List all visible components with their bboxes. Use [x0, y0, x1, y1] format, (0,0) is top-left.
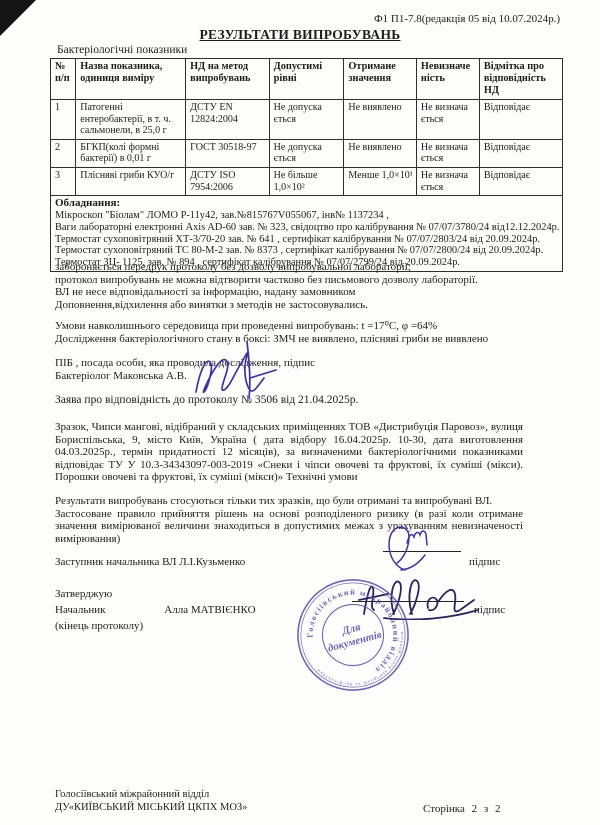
col-header-method: НД на метод випробувань: [186, 59, 270, 100]
lab-notes: забороняється передрук протоколу без доз…: [55, 261, 478, 311]
conditions-line: Умови навколишнього середовища при прове…: [55, 320, 488, 333]
cell-conformity: Відповідає: [479, 167, 563, 195]
environment-conditions: Умови навколишнього середовища при прове…: [55, 320, 488, 345]
results-table: № п/п Назва показника, одиниця виміру НД…: [50, 58, 563, 272]
signature-caption-deputy: підпис: [469, 556, 500, 568]
table-row: 3 Плісняві гриби КУО/г ДСТУ ISO 7954:200…: [51, 167, 563, 195]
deputy-head-line: Заступник начальника ВЛ Л.І.Кузьменко: [55, 556, 245, 569]
col-header-num: № п/п: [51, 59, 76, 100]
page-number: Сторінка 2 з 2: [423, 803, 500, 815]
col-header-obtained: Отримане значення: [344, 59, 417, 100]
document-page: Ф1 П1-7.8(редакція 05 від 10.07.2024р.) …: [0, 0, 600, 825]
cell-name: БГКП(колі формні бактерії) в 0,01 г: [76, 139, 186, 167]
head-name: Алла МАТВІЄНКО: [164, 604, 255, 616]
results-scope-line: Результати випробувань стосуються тільки…: [55, 495, 523, 508]
bacteriological-state-line: Дослідження бактеріологічного стану в бо…: [55, 333, 488, 346]
equipment-line: Мікроскоп "Біолам" ЛОМО Р-11у42, зав.№81…: [55, 210, 559, 222]
col-header-uncertainty: Невизначе ність: [416, 59, 479, 100]
head-title: Начальник: [55, 604, 106, 616]
cell-conformity: Відповідає: [479, 139, 563, 167]
cell-method: ДСТУ EN 12824:2004: [186, 100, 270, 140]
cell-obtained: Не виявлено: [344, 139, 417, 167]
form-code: Ф1 П1-7.8(редакція 05 від 10.07.2024р.): [250, 13, 560, 25]
conformity-statement: Заява про відповідність до протоколу № 3…: [55, 394, 358, 407]
cell-num: 3: [51, 167, 76, 195]
results-scope-note: Результати випробувань стосуються тільки…: [55, 495, 523, 545]
approve-label: Затверджую: [55, 588, 112, 601]
cell-method: ГОСТ 30518-97: [186, 139, 270, 167]
cell-uncertainty: Не визнача ється: [416, 167, 479, 195]
cell-uncertainty: Не визнача ється: [416, 139, 479, 167]
cell-allowed: Не більше 1,0×10²: [269, 167, 344, 195]
cell-num: 2: [51, 139, 76, 167]
cell-obtained: Менше 1,0×10¹: [344, 167, 417, 195]
equipment-line: Ваги лабораторні електронні Axis AD-60 з…: [55, 222, 559, 234]
section-label: Бактеріологічні показники: [57, 44, 187, 56]
examiner-caption: ПІБ , посада особи, яка проводила дослід…: [55, 357, 315, 370]
cell-uncertainty: Не визнача ється: [416, 100, 479, 140]
cell-method: ДСТУ ISO 7954:2006: [186, 167, 270, 195]
signature-line-deputy: [383, 551, 461, 552]
equipment-line: Термостат сухоповітряний ХТ-3/70-20 зав.…: [55, 234, 559, 246]
footer-department-line2: ДУ«КИЇВСЬКИЙ МІСЬКИЙ ЦКПХ МОЗ»: [55, 802, 247, 815]
col-header-name: Назва показника, одиниця виміру: [76, 59, 186, 100]
examiner-name: Бактеріолог Маковська А.В.: [55, 370, 315, 383]
cell-conformity: Відповідає: [479, 100, 563, 140]
equipment-line: Термостат сухоповітряний ТС 80-М-2 зав. …: [55, 245, 559, 257]
round-stamp: Голосіївський міжрайонний відділ міський…: [284, 566, 422, 704]
cell-num: 1: [51, 100, 76, 140]
equipment-heading: Обладнання:: [55, 198, 559, 210]
head-line: Начальник Алла МАТВІЄНКО: [55, 604, 256, 617]
cell-name: Плісняві гриби КУО/г: [76, 167, 186, 195]
note-line: забороняється передрук протоколу без доз…: [55, 261, 478, 274]
table-row: 2 БГКП(колі формні бактерії) в 0,01 г ГО…: [51, 139, 563, 167]
cell-name: Патогенні ентеробактерії, в т. ч. сальмо…: [76, 100, 186, 140]
sample-description: Зразок, Чипси мангові, відібраний у скла…: [55, 421, 523, 484]
table-row: 1 Патогенні ентеробактерії, в т. ч. саль…: [51, 100, 563, 140]
col-header-allowed: Допустимі рівні: [269, 59, 344, 100]
cell-obtained: Не виявлено: [344, 100, 417, 140]
decision-rule-paragraph: Застосоване правило прийняття рішень на …: [55, 508, 523, 546]
examiner-block: ПІБ , посада особи, яка проводила дослід…: [55, 357, 315, 382]
note-line: протокол випробувань не можна відтворити…: [55, 274, 478, 287]
signature-caption-head: підпис: [474, 604, 505, 616]
footer-department-line1: Голосіївський міжрайонний відділ: [55, 789, 247, 802]
cell-allowed: Не допуска ється: [269, 139, 344, 167]
table-header-row: № п/п Назва показника, одиниця виміру НД…: [51, 59, 563, 100]
cell-allowed: Не допуска ється: [269, 100, 344, 140]
note-line: ВЛ не несе відповідальності за інформаці…: [55, 286, 478, 299]
note-line: Доповнення,відхилення або винятки з мето…: [55, 299, 478, 312]
page-title: РЕЗУЛЬТАТИ ВИПРОБУВАНЬ: [0, 27, 600, 43]
footer-department: Голосіївський міжрайонний відділ ДУ«КИЇВ…: [55, 789, 247, 814]
end-of-protocol-note: (кінець протоколу): [55, 620, 143, 633]
col-header-conformity: Відмітка про відповідність НД: [479, 59, 563, 100]
